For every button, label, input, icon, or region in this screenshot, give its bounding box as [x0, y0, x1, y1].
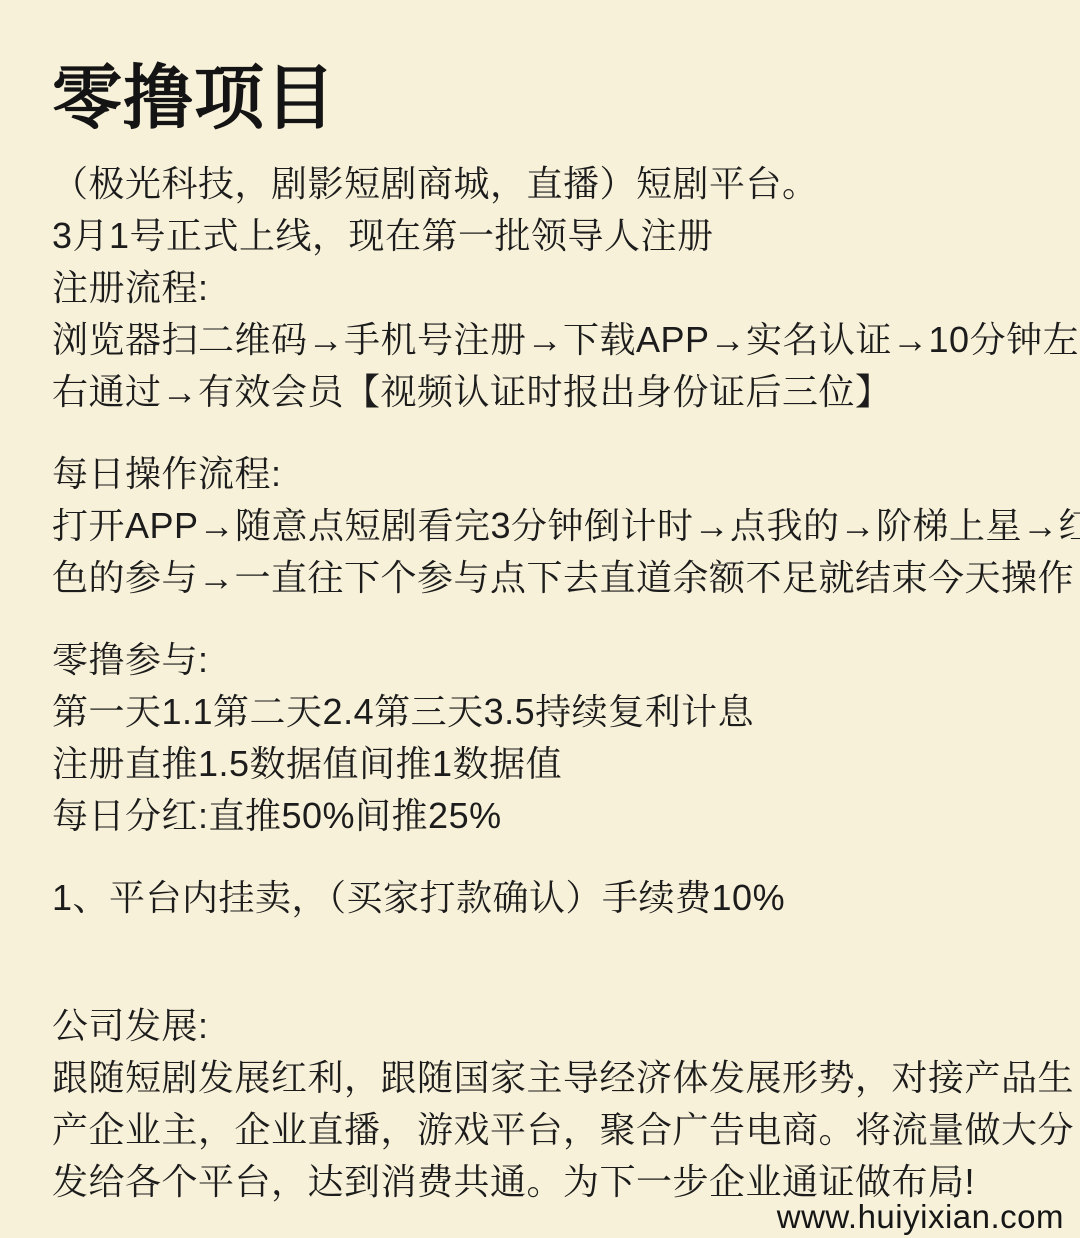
- text-line: 浏览器扫二维码→手机号注册→下载APP→实名认证→10分钟左: [52, 314, 1052, 366]
- section-zero-cost-participation: 零撸参与: 第一天1.1第二天2.4第三天3.5持续复利计息 注册直推1.5数据…: [52, 634, 1052, 842]
- text-line: （极光科技，剧影短剧商城，直播）短剧平台。: [52, 158, 1052, 210]
- text-line: 1、平台内挂卖，（买家打款确认）手续费10%: [52, 872, 1052, 924]
- text-line: 打开APP→随意点短剧看完3分钟倒计时→点我的→阶梯上星→红: [52, 500, 1052, 552]
- text-line: 跟随短剧发展红利，跟随国家主导经济体发展形势，对接产品生: [52, 1052, 1052, 1104]
- watermark-url: www.huiyixian.com: [777, 1198, 1064, 1236]
- text-line: 第一天1.1第二天2.4第三天3.5持续复利计息: [52, 686, 1052, 738]
- section-platform-sell: 1、平台内挂卖，（买家打款确认）手续费10%: [52, 872, 1052, 924]
- text-line: 右通过→有效会员【视频认证时报出身份证后三位】: [52, 366, 1052, 418]
- text-line: 注册流程:: [52, 262, 1052, 314]
- section-intro-and-register: （极光科技，剧影短剧商城，直播）短剧平台。 3月1号正式上线，现在第一批领导人注…: [52, 158, 1052, 418]
- section-daily-operation: 每日操作流程: 打开APP→随意点短剧看完3分钟倒计时→点我的→阶梯上星→红 色…: [52, 448, 1052, 604]
- text-line: 每日操作流程:: [52, 448, 1052, 500]
- page-title: 零撸项目: [52, 56, 1052, 140]
- document-page: 零撸项目 （极光科技，剧影短剧商城，直播）短剧平台。 3月1号正式上线，现在第一…: [0, 0, 1080, 1208]
- text-line: 产企业主，企业直播，游戏平台，聚合广告电商。将流量做大分: [52, 1104, 1052, 1156]
- text-line: 色的参与→一直往下个参与点下去直道余额不足就结束今天操作: [52, 552, 1052, 604]
- text-line: 注册直推1.5数据值间推1数据值: [52, 738, 1052, 790]
- section-company-development: 公司发展: 跟随短剧发展红利，跟随国家主导经济体发展形势，对接产品生 产企业主，…: [52, 1000, 1052, 1208]
- text-line: 零撸参与:: [52, 634, 1052, 686]
- text-line: 每日分红:直推50%间推25%: [52, 790, 1052, 842]
- text-line: 公司发展:: [52, 1000, 1052, 1052]
- text-line: 3月1号正式上线，现在第一批领导人注册: [52, 210, 1052, 262]
